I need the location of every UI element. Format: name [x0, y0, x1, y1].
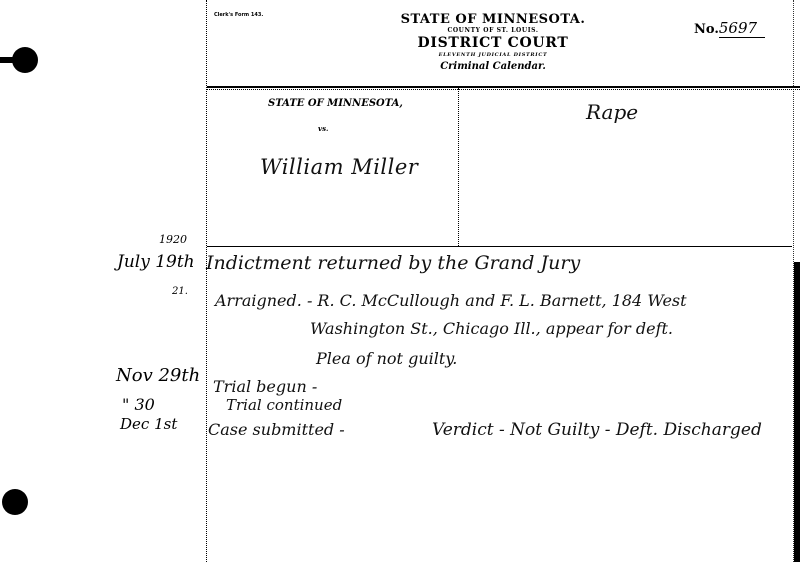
entry-text: Trial begun -: [213, 377, 317, 396]
case-number: No.5697: [694, 19, 765, 38]
binder-hole-top: [12, 47, 38, 73]
caption-bottom-rule: [207, 246, 792, 247]
entry-date: 21.: [172, 286, 188, 297]
header-rule: [207, 86, 800, 88]
binder-hole-stub: [0, 57, 14, 63]
entry-date: Dec 1st: [120, 415, 177, 433]
header-rule-dotted: [207, 89, 800, 90]
margin-rule: [206, 0, 207, 562]
verdict: Verdict - Not Guilty - Deft. Discharged: [432, 420, 762, 440]
entry-text-continuation: Plea of not guilty.: [316, 349, 457, 368]
entry-text: Indictment returned by the Grand Jury: [206, 252, 580, 274]
entry-text: Arraigned. - R. C. McCullough and F. L. …: [215, 291, 687, 310]
entry-date: July 19th: [117, 252, 195, 272]
header-court: DISTRICT COURT: [360, 35, 626, 52]
header-calendar: Criminal Calendar.: [360, 59, 626, 74]
scan-edge-shadow: [794, 262, 800, 562]
court-header: STATE OF MINNESOTA. COUNTY OF ST. LOUIS.…: [360, 12, 626, 74]
caption-divider: [458, 88, 459, 246]
header-county: COUNTY OF ST. LOUIS.: [360, 27, 626, 35]
entry-date: Nov 29th: [116, 365, 200, 386]
header-district: ELEVENTH JUDICIAL DISTRICT: [360, 52, 626, 59]
versus: vs.: [318, 124, 328, 133]
case-number-value: 5697: [719, 19, 765, 38]
case-number-label: No.: [694, 22, 719, 37]
entry-text: Case submitted -: [208, 420, 345, 439]
entry-year: 1920: [159, 233, 187, 246]
charge: Rape: [586, 100, 638, 124]
form-number: Clerk's Form 143.: [214, 12, 263, 18]
binder-hole-bottom: [2, 489, 28, 515]
header-state: STATE OF MINNESOTA.: [360, 12, 626, 27]
entry-date: " 30: [122, 395, 155, 414]
entry-text: Trial continued: [226, 396, 342, 414]
entry-text-continuation: Washington St., Chicago Ill., appear for…: [310, 319, 673, 338]
plaintiff: STATE OF MINNESOTA,: [268, 98, 403, 109]
defendant-name: William Miller: [260, 155, 418, 179]
